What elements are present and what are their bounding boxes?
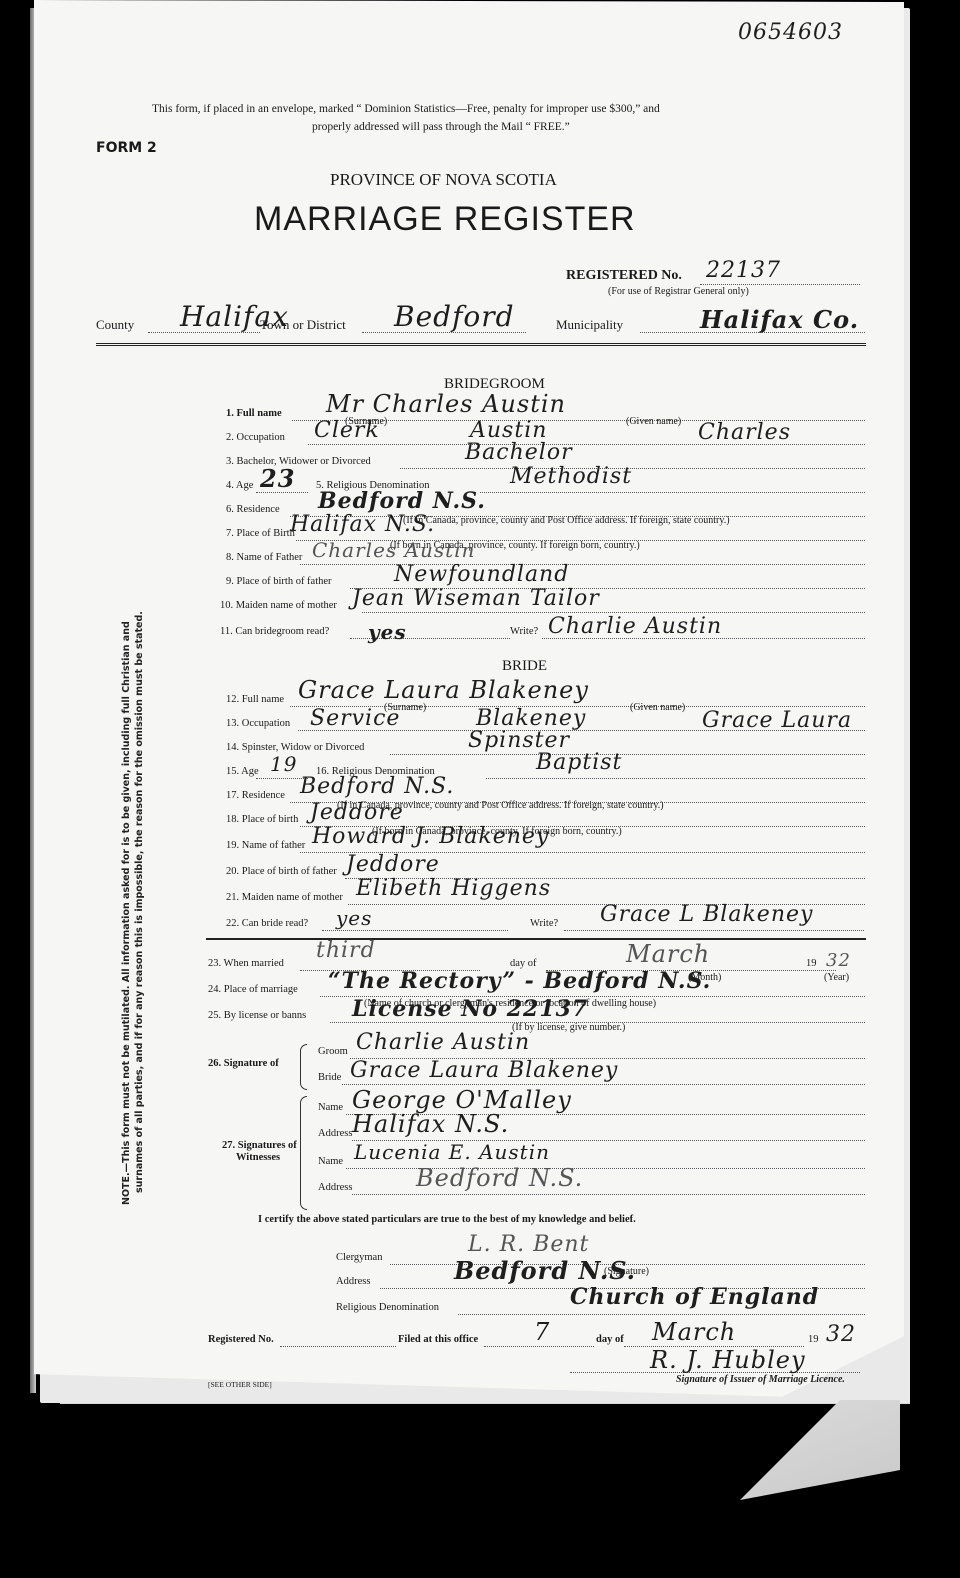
groom-full-name: Mr Charles Austin (326, 390, 566, 418)
town-label: Town or District (260, 317, 346, 333)
bride-signature: Grace Laura Blakeney (350, 1058, 618, 1083)
bride-full-name-label: 12. Full name (226, 694, 284, 705)
when-married-label: 23. When married (208, 958, 284, 969)
mail-notice: This form, if placed in an envelope, mar… (152, 103, 660, 115)
see-other-side: [SEE OTHER SIDE] (208, 1380, 272, 1389)
bride-read: yes (336, 906, 372, 930)
municipality-value: Halifax Co. (700, 305, 859, 334)
bride-given-name-hint: (Given name) (630, 702, 685, 713)
groom-age-label: 4. Age (226, 480, 253, 491)
place-of-marriage-label: 24. Place of marriage (208, 984, 298, 995)
groom-residence-label: 6. Residence (226, 504, 280, 515)
groom-occupation: Clerk (314, 418, 380, 443)
field-line (352, 1194, 865, 1195)
groom-religion: Methodist (510, 464, 632, 489)
field-line (342, 1084, 865, 1085)
archive-number: 0654603 (738, 20, 843, 45)
registered-no-value: 22137 (706, 258, 781, 283)
field-line (400, 468, 865, 469)
field-line (486, 778, 865, 779)
bride-occupation: Service (310, 706, 400, 731)
groom-father-birthplace-label: 9. Place of birth of father (226, 576, 332, 587)
signature-of-label: 26. Signature of (208, 1058, 279, 1069)
header-divider (96, 343, 866, 346)
bride-read-label: 22. Can bride read? (226, 918, 308, 929)
bride-birthplace-label: 18. Place of birth (226, 814, 298, 825)
filed-day: 7 (534, 1318, 550, 1346)
side-note-line-2: surnames of all parties, and if for any … (133, 545, 146, 1205)
field-line (564, 930, 864, 931)
bride-heading: BRIDE (502, 658, 547, 675)
filing-registered-no-label: Registered No. (208, 1334, 274, 1345)
groom-status-label: 3. Bachelor, Widower or Divorced (226, 456, 371, 467)
groom-status: Bachelor (465, 440, 573, 465)
form-number: FORM 2 (96, 140, 157, 156)
field-line (300, 564, 865, 565)
bride-mother-label: 21. Maiden name of mother (226, 892, 343, 903)
bride-occupation-label: 13. Occupation (226, 718, 290, 729)
bride-write: Grace L Blakeney (600, 902, 813, 927)
bride-father-label: 19. Name of father (226, 840, 305, 851)
municipality-label: Municipality (556, 317, 623, 333)
registrar-note: (For use of Registrar General only) (608, 286, 749, 297)
field-line (480, 492, 865, 493)
groom-mother-label: 10. Maiden name of mother (220, 600, 337, 611)
groom-mother: Jean Wiseman Tailor (352, 586, 600, 611)
filed-year: 32 (826, 1322, 856, 1347)
groom-father-label: 8. Name of Father (226, 552, 302, 563)
page-title: MARRIAGE REGISTER (254, 200, 636, 239)
groom-age: 23 (260, 464, 295, 493)
bride-sig-label: Bride (318, 1072, 341, 1083)
groom-occupation-label: 2. Occupation (226, 432, 285, 443)
certification-statement: I certify the above stated particulars a… (258, 1214, 636, 1225)
issuer-label: Signature of Issuer of Marriage Licence. (676, 1374, 845, 1385)
place-of-marriage: “The Rectory” - Bedford N.S. (328, 968, 711, 994)
clergyman-label: Clergyman (336, 1252, 382, 1263)
groom-given-name: Charles (698, 420, 791, 445)
married-day: third (316, 938, 376, 963)
registered-no-line (700, 284, 860, 285)
groom-write-label: Write? (510, 626, 538, 637)
clergy-denomination: Church of England (570, 1284, 819, 1310)
given-name-hint: (Given name) (626, 416, 681, 427)
married-year: 32 (826, 950, 851, 971)
province-heading: PROVINCE OF NOVA SCOTIA (330, 170, 557, 190)
field-line (280, 1346, 396, 1347)
witness-1-address-label: Address (318, 1128, 352, 1139)
bride-birthplace: Jeddore (310, 800, 404, 825)
groom-signature: Charlie Austin (356, 1030, 530, 1055)
bride-full-name: Grace Laura Blakeney (298, 676, 589, 704)
bride-age-label: 15. Age (226, 766, 259, 777)
clergy-address-label: Address (336, 1276, 370, 1287)
license-label: 25. By license or banns (208, 1010, 306, 1021)
clergy-address: Bedford N.S. (454, 1256, 636, 1285)
bride-age: 19 (270, 752, 297, 776)
groom-birthplace: Halifax N.S. (290, 512, 435, 537)
bride-religion: Baptist (536, 750, 622, 775)
bride-residence: Bedford N.S. (300, 774, 454, 799)
county-label: County (96, 317, 134, 333)
bride-divider (206, 938, 866, 940)
groom-write: Charlie Austin (548, 614, 722, 639)
field-line (362, 612, 865, 613)
groom-father-birthplace: Newfoundland (394, 562, 569, 587)
side-note: NOTE.—This form must not be mutilated. A… (120, 545, 146, 1205)
field-line (322, 930, 508, 931)
signature-brace (300, 1044, 307, 1090)
filing-year-prefix: 19 (808, 1334, 819, 1345)
page-fold (700, 1400, 900, 1500)
town-value: Bedford (394, 300, 515, 333)
filed-month: March (652, 1318, 736, 1346)
mail-notice-2: properly addressed will pass through the… (312, 121, 570, 133)
groom-read-label: 11. Can bridegroom read? (220, 626, 329, 637)
groom-read: yes (368, 620, 407, 644)
issuer-signature: R. J. Hubley (650, 1346, 806, 1374)
clergy-denomination-label: Religious Denomination (336, 1302, 439, 1313)
groom-sig-label: Groom (318, 1046, 348, 1057)
witness-1-address: Halifax N.S. (352, 1110, 509, 1138)
witness-2-address: Bedford N.S. (416, 1164, 583, 1192)
registered-no-label: REGISTERED No. (566, 268, 682, 284)
witness-2-name: Lucenia E. Austin (354, 1140, 550, 1164)
witness-2-address-label: Address (318, 1182, 352, 1193)
residence-hint: (If in Canada, province, county and Post… (403, 515, 730, 526)
bride-write-label: Write? (530, 918, 558, 929)
bride-father-birthplace: Jeddore (346, 852, 440, 877)
groom-residence: Bedford N.S. (318, 488, 486, 514)
field-line (390, 754, 865, 755)
year-prefix: 19 (806, 958, 817, 969)
filing-day-of-label: day of (596, 1334, 624, 1345)
groom-full-name-label: 1. Full name (226, 408, 282, 419)
side-note-line-1: NOTE.—This form must not be mutilated. A… (120, 545, 133, 1205)
filed-label: Filed at this office (398, 1334, 478, 1345)
field-line (484, 1346, 594, 1347)
witnesses-label-2: Witnesses (236, 1152, 280, 1163)
field-line (458, 1314, 865, 1315)
bride-residence-label: 17. Residence (226, 790, 285, 801)
witnesses-brace (300, 1096, 307, 1210)
groom-birthplace-label: 7. Place of Birth (226, 528, 295, 539)
witnesses-label: 27. Signatures of (222, 1140, 297, 1151)
bride-father: Howard J. Blakeney (312, 824, 549, 849)
married-month: March (626, 940, 710, 968)
bride-given-name: Grace Laura (702, 708, 852, 733)
license-value: License No 22137 (352, 996, 588, 1022)
groom-father: Charles Austin (312, 538, 475, 562)
year-hint: (Year) (824, 972, 849, 983)
clergyman-signature: L. R. Bent (468, 1232, 589, 1257)
bride-mother: Elibeth Higgens (356, 876, 551, 901)
witness-1-name-label: Name (318, 1102, 343, 1113)
bride-father-birthplace-label: 20. Place of birth of father (226, 866, 337, 877)
witness-2-name-label: Name (318, 1156, 343, 1167)
